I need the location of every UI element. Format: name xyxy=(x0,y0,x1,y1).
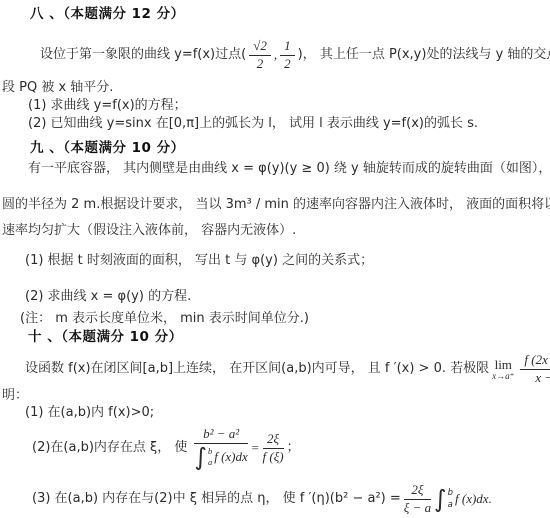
fraction-2xi-over-fxi: 2ξ f (ξ) xyxy=(263,432,284,465)
integrand: f (x)dx. xyxy=(455,491,492,507)
limit-operator: lim x→a⁺ xyxy=(492,358,514,381)
integral-lower-limit: a xyxy=(208,458,212,467)
fraction-limit-expression: f (2x − a) x − a xyxy=(520,353,550,386)
problem10-item2-pre: (2)在(a,b)内存在点 ξ， 使 xyxy=(32,440,187,456)
fraction-denominator: ∫ b a f (x)dx xyxy=(194,444,247,469)
problem10-intro-line: 设函数 f(x)在闭区间[a,b]上连续， 在开区间(a,b)内可导， 且 f … xyxy=(25,351,550,387)
fraction-numerator: b² − a² xyxy=(194,427,247,444)
problem9-heading: 九 、（本题满分 10 分） xyxy=(30,140,185,157)
comma-separator: , xyxy=(274,47,277,63)
problem8-intro-line1: 设位于第一象限的曲线 y=f(x)过点( √2 2 , 1 2 )， 其上任一点… xyxy=(40,33,550,77)
fraction-denominator: 2 xyxy=(257,56,264,72)
problem10-item2: (2)在(a,b)内存在点 ξ， 使 b² − a² ∫ b a f (x)dx… xyxy=(32,424,300,472)
problem10-intro-line2: 明： xyxy=(2,388,28,404)
fraction-numerator: 2ξ xyxy=(404,483,431,500)
fraction-denominator: 2 xyxy=(284,56,291,72)
exam-document-page: 八 、（本题满分 12 分） 设位于第一象限的曲线 y=f(x)过点( √2 2… xyxy=(0,0,550,518)
integral-lower-limit: a xyxy=(448,501,453,510)
problem10-item3-pre: (3) 在(a,b) 内存在与(2)中 ξ 相异的点 η， 使 f ′(η)(b… xyxy=(32,491,401,507)
limit-subscript: x→a⁺ xyxy=(492,372,514,381)
fraction-numerator: 2ξ xyxy=(263,432,284,449)
problem8-heading: 八 、（本题满分 12 分） xyxy=(30,6,185,23)
problem9-para-line1: 有一平底容器， 其内侧壁是由曲线 x = φ(y)(y ≥ 0) 绕 y 轴旋转… xyxy=(28,161,550,177)
integral-sign: ∫ xyxy=(194,445,207,469)
fraction-b2a2-over-integral: b² − a² ∫ b a f (x)dx xyxy=(194,427,247,469)
problem8-intro-post: )， 其上任一点 P(x,y)处的法线与 y 轴的交点为 Q， 且线 xyxy=(298,47,550,63)
problem9-item1: (1) 根据 t 时刻液面的面积， 写出 t 与 φ(y) 之间的关系式； xyxy=(25,253,373,269)
problem9-para-line3: 速率均匀扩大（假设注入液体前， 容器内无液体）. xyxy=(2,223,296,239)
integral-sign: ∫ xyxy=(434,487,447,511)
fraction-denominator: x − a xyxy=(535,370,550,386)
fraction-numerator: 1 xyxy=(280,39,295,56)
problem10-item2-post: ； xyxy=(287,440,300,456)
problem9-item2: (2) 求曲线 x = φ(y) 的方程. xyxy=(25,289,191,305)
fraction-denominator: f (ξ) xyxy=(263,449,284,465)
integral-upper-limit: b xyxy=(208,447,212,456)
equals-sign: = xyxy=(251,440,260,456)
problem9-para-line2: 圆的半径为 2 m.根据设计要求， 当以 3m³ / min 的速率向容器内注入… xyxy=(2,197,550,213)
fraction-1-over-2: 1 2 xyxy=(280,39,295,72)
integral-upper-limit: b xyxy=(448,489,453,498)
integral-a-to-b: ∫ b a xyxy=(434,487,455,511)
problem10-item1: (1) 在(a,b)内 f(x)>0; xyxy=(25,405,154,421)
fraction-numerator: √2 xyxy=(249,39,271,56)
problem8-item2: (2) 已知曲线 y=sinx 在[0,π]上的弧长为 l， 试用 l 表示曲线… xyxy=(28,116,478,132)
problem10-intro-pre: 设函数 f(x)在闭区间[a,b]上连续， 在开区间(a,b)内可导， 且 f … xyxy=(25,361,489,377)
integral-limits: b a xyxy=(448,487,453,511)
problem8-intro-pre: 设位于第一象限的曲线 y=f(x)过点( xyxy=(40,47,246,63)
problem10-item3: (3) 在(a,b) 内存在与(2)中 ξ 相异的点 η， 使 f ′(η)(b… xyxy=(32,480,492,518)
integral-limits: b a xyxy=(208,445,212,469)
fraction-2xi-over-xia: 2ξ ξ − a xyxy=(404,483,431,516)
problem9-note: (注： m 表示长度单位米， min 表示时间单位分.) xyxy=(20,311,309,327)
integrand: f (x)dx xyxy=(214,450,248,465)
fraction-sqrt2-over-2: √2 2 xyxy=(249,39,271,72)
integral-a-to-b: ∫ b a xyxy=(194,445,214,469)
problem8-item1: (1) 求曲线 y=f(x)的方程； xyxy=(28,98,187,114)
fraction-denominator: ξ − a xyxy=(404,500,431,516)
fraction-numerator: f (2x − a) xyxy=(520,353,550,370)
problem10-heading: 十 、（本题满分 10 分） xyxy=(28,329,183,346)
limit-op-text: lim xyxy=(495,358,512,371)
problem8-intro-line2: 段 PQ 被 x 轴平分. xyxy=(2,80,113,96)
